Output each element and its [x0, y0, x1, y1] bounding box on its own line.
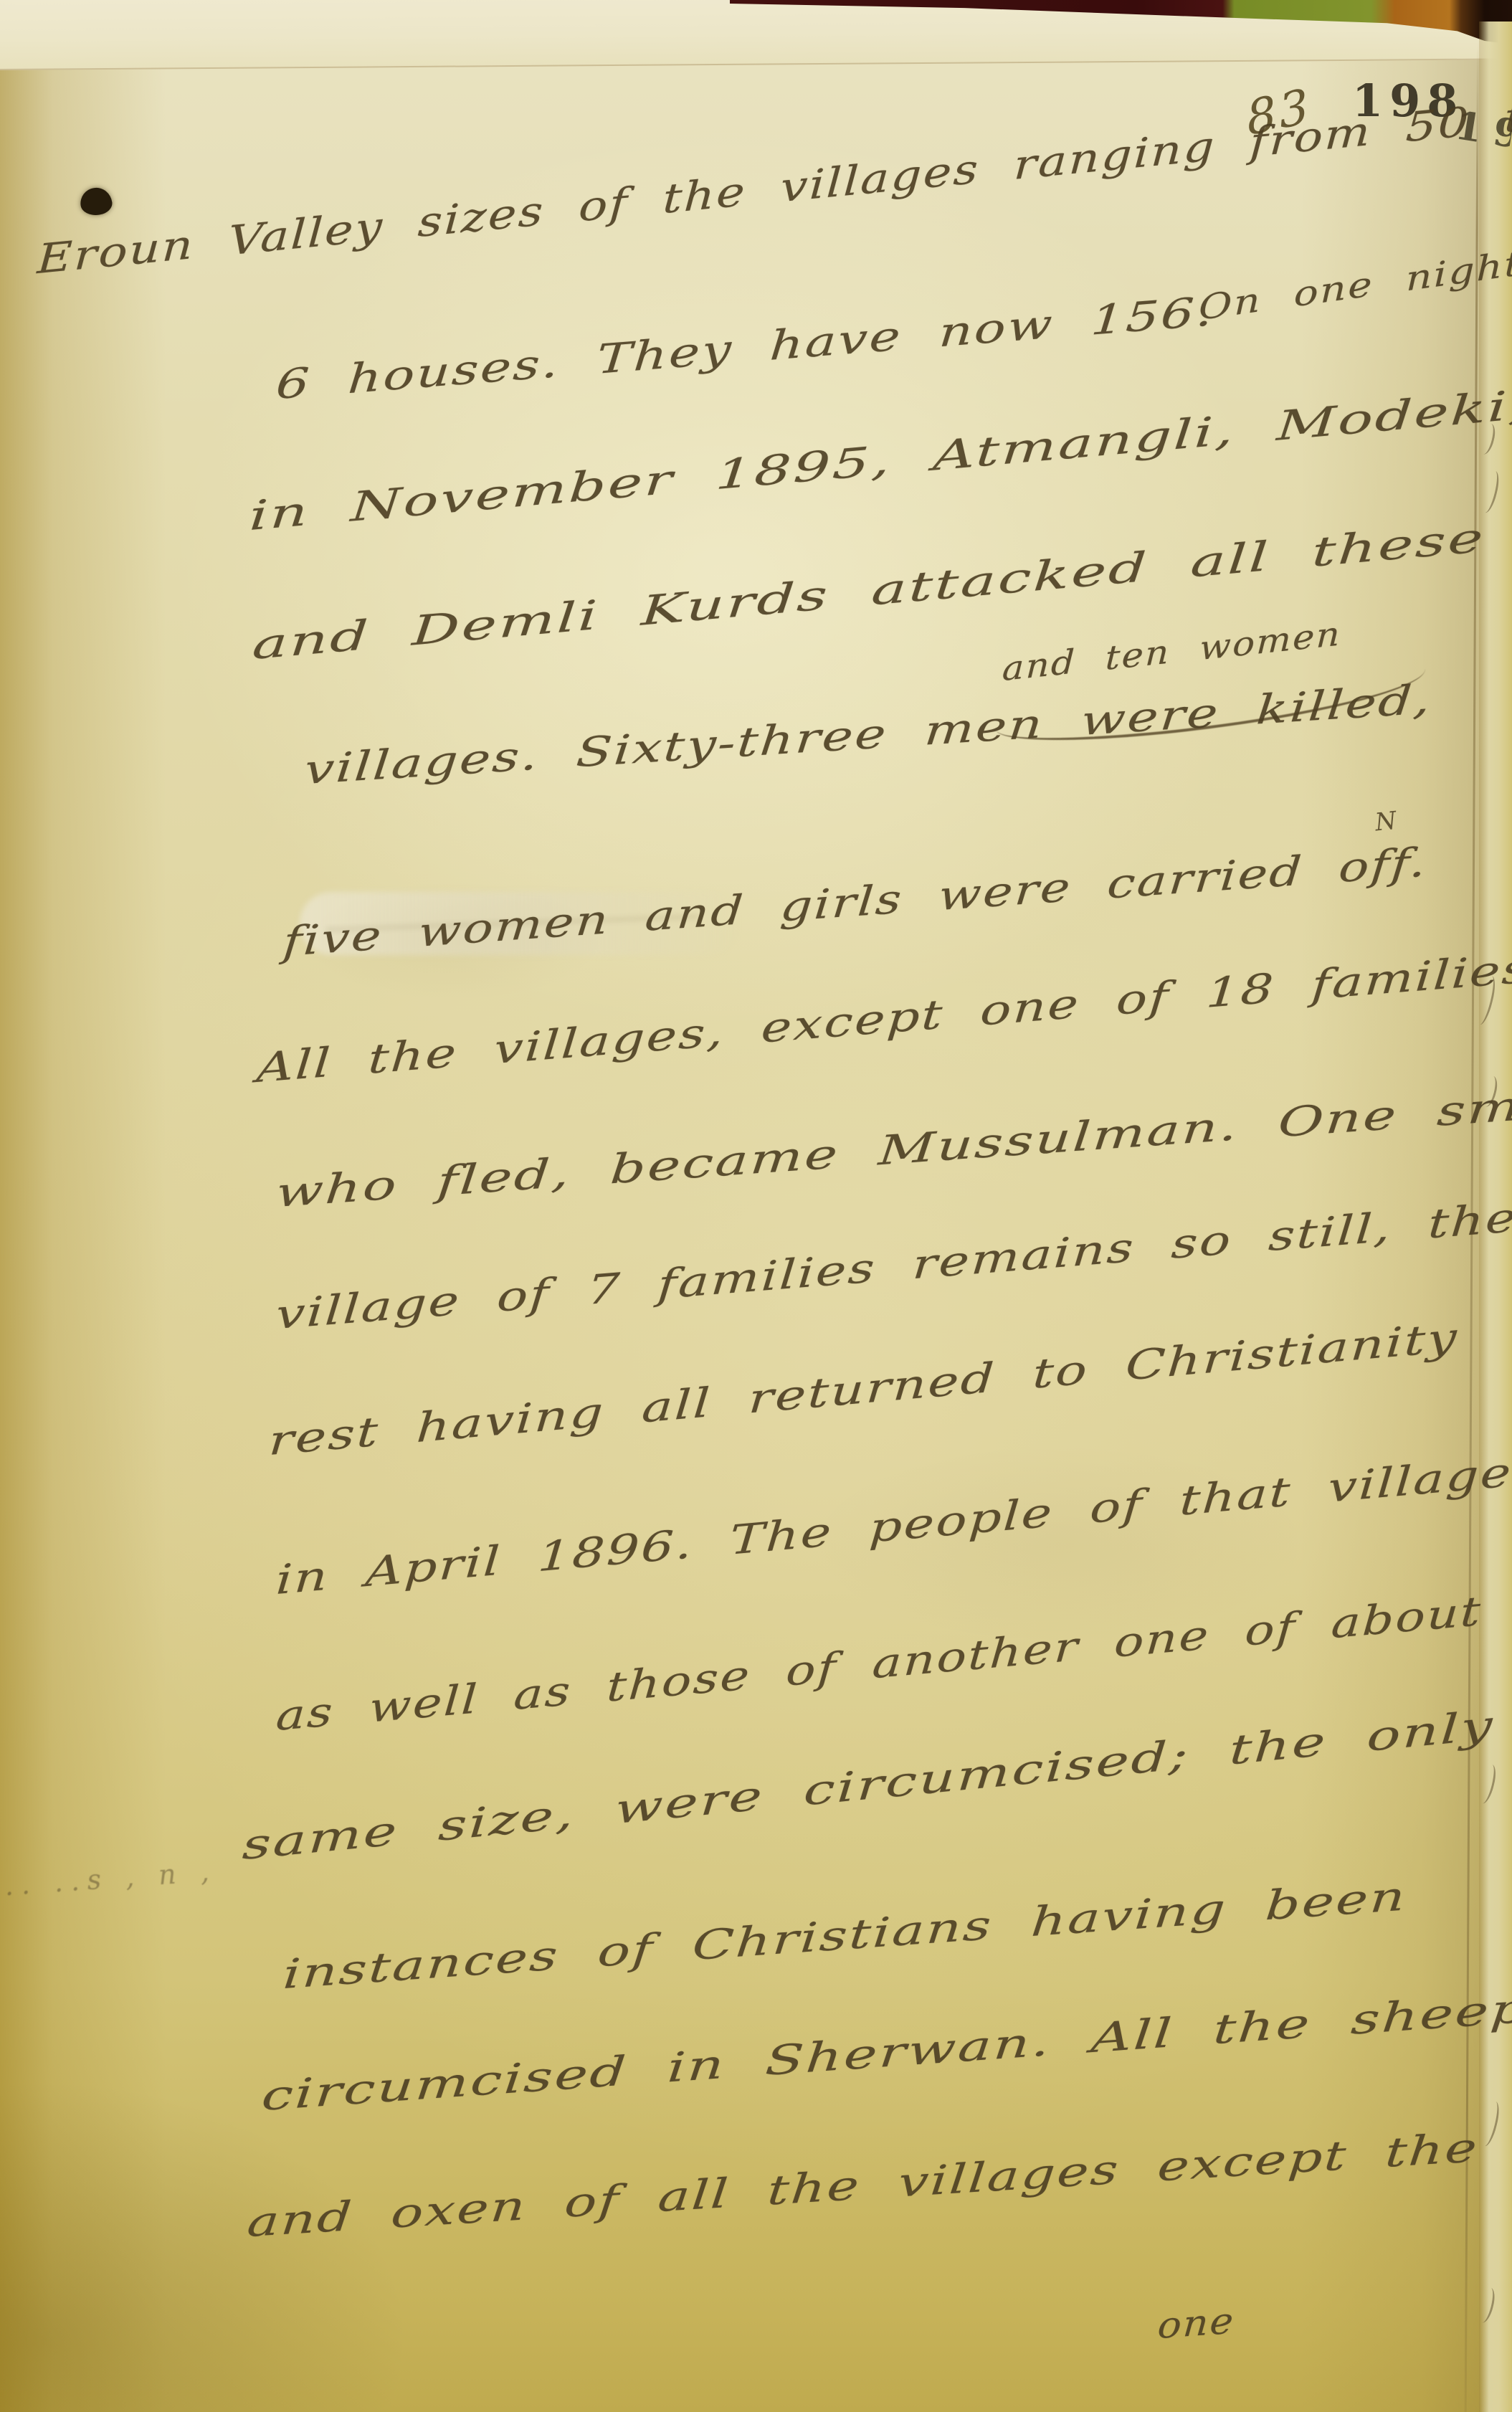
- edge-ink-fragment: [1479, 2286, 1498, 2324]
- manuscript-line: same size, were circumcised; the only: [242, 1702, 1496, 1870]
- manuscript-line: On one night: [1199, 243, 1512, 328]
- ink-blot: [79, 186, 114, 217]
- manuscript-line: and oxen of all the villages except the: [245, 2124, 1480, 2246]
- manuscript-line: in November 1895, Atmangli, Modeki,: [248, 381, 1512, 541]
- manuscript-line: Eroun Valley sizes of the villages rangi…: [37, 90, 1512, 284]
- manuscript-line: villages. Sixty-three men were killed,: [303, 676, 1433, 794]
- catchword: one: [1156, 2299, 1237, 2347]
- manuscript-line: as well as those of another one of about…: [275, 1577, 1512, 1740]
- edge-ink-fragment: [1479, 1763, 1498, 1805]
- manuscript-line: rest having all returned to Christianity: [267, 1314, 1459, 1466]
- manuscript-page: 83 198 19 Eroun Valley sizes of the vill…: [0, 0, 1512, 2412]
- manuscript-line: instances of Christians having been: [282, 1873, 1409, 1998]
- manuscript-line: in April 1896. The people of that villag…: [275, 1448, 1512, 1605]
- edge-ink-fragment: [1479, 2100, 1502, 2148]
- manuscript-line: village of 7 families remains so still, …: [275, 1194, 1512, 1339]
- manuscript-line: 6 houses. They have now 156.: [275, 288, 1216, 409]
- manuscript-line: who fled, became Mussulman. One small: [275, 1078, 1512, 1217]
- margin-scribble-marks: .. ..s , n ,: [4, 1856, 218, 1902]
- manuscript-line: circumcised in Sherwan. All the sheep: [260, 1985, 1512, 2120]
- edge-ink-fragment: [1479, 470, 1502, 515]
- insertion-caret-mark: N: [1374, 807, 1398, 837]
- manuscript-line: All the villages, except one of 18 famil…: [255, 945, 1512, 1092]
